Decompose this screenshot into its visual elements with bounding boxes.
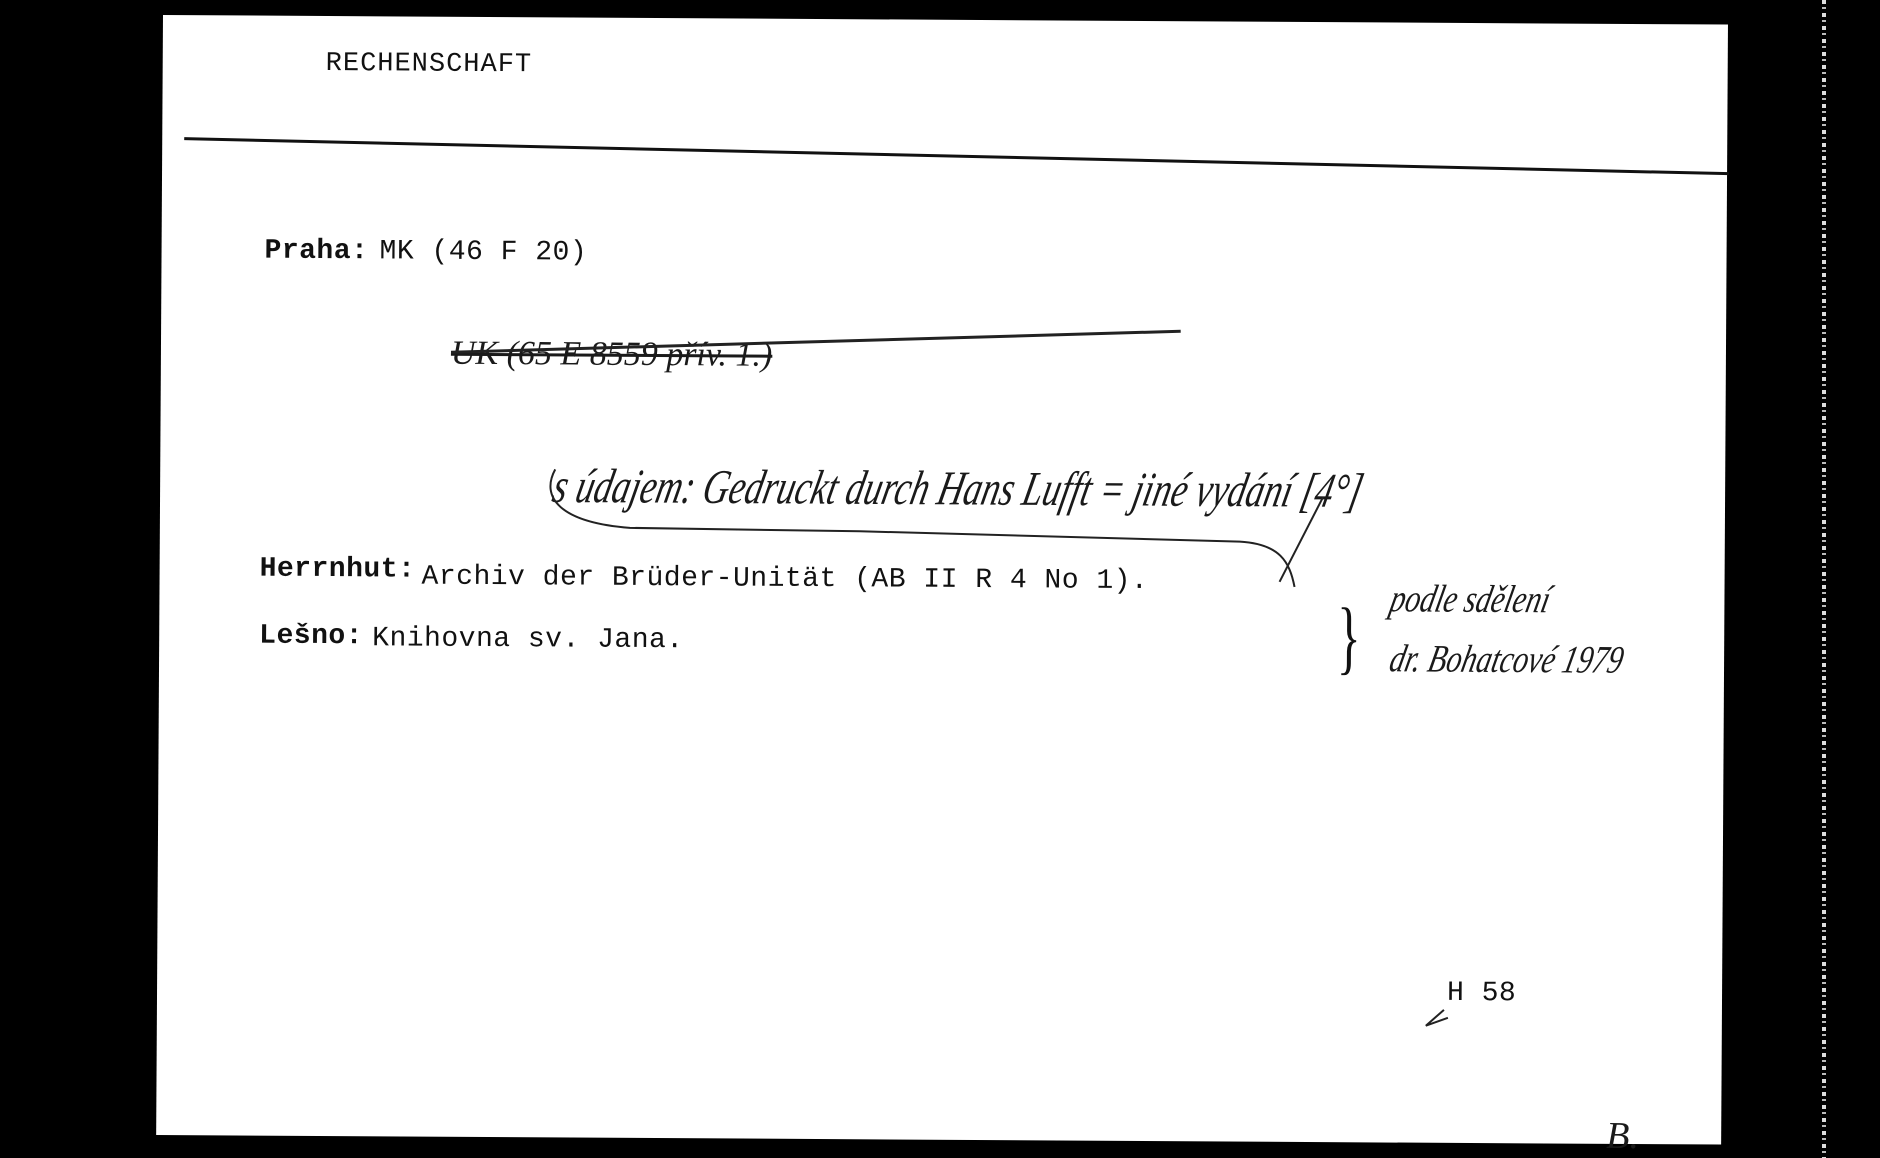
catalog-card: RECHENSCHAFT Praha: MK (46 F 20) UK (65 … — [156, 15, 1728, 1145]
entry-holding-lesno: Knihovna sv. Jana. — [372, 623, 684, 656]
entry-place-praha: Praha: — [264, 236, 368, 268]
pencil-arrow-icon — [1422, 1008, 1452, 1028]
scan-edge-artifact — [1822, 0, 1826, 1158]
entry-place-lesno: Lešno: — [259, 621, 363, 653]
handwritten-imprint-note: s údajem: Gedruckt durch Hans Lufft = ji… — [548, 457, 1369, 519]
card-heading: RECHENSCHAFT — [326, 49, 533, 80]
entry-holding-praha: MK (46 F 20) — [379, 236, 587, 268]
heading-rule — [184, 137, 1729, 175]
entry-place-herrnhut: Herrnhut: — [260, 554, 416, 586]
handwritten-source-line2: dr. Bohatcové 1979 — [1386, 638, 1628, 684]
entry-holding-herrnhut: Archiv der Brüder-Unität (AB II R 4 No 1… — [421, 562, 1148, 597]
curly-brace-mark: } — [1337, 590, 1361, 684]
struck-out-shelfmark: UK (65 E 8559 přív. 1.) — [451, 335, 773, 375]
handwritten-source-line1: podle sdělení — [1386, 578, 1555, 623]
corner-initial: B. — [1606, 1114, 1639, 1158]
shelfmark-code: H 58 — [1447, 978, 1516, 1009]
